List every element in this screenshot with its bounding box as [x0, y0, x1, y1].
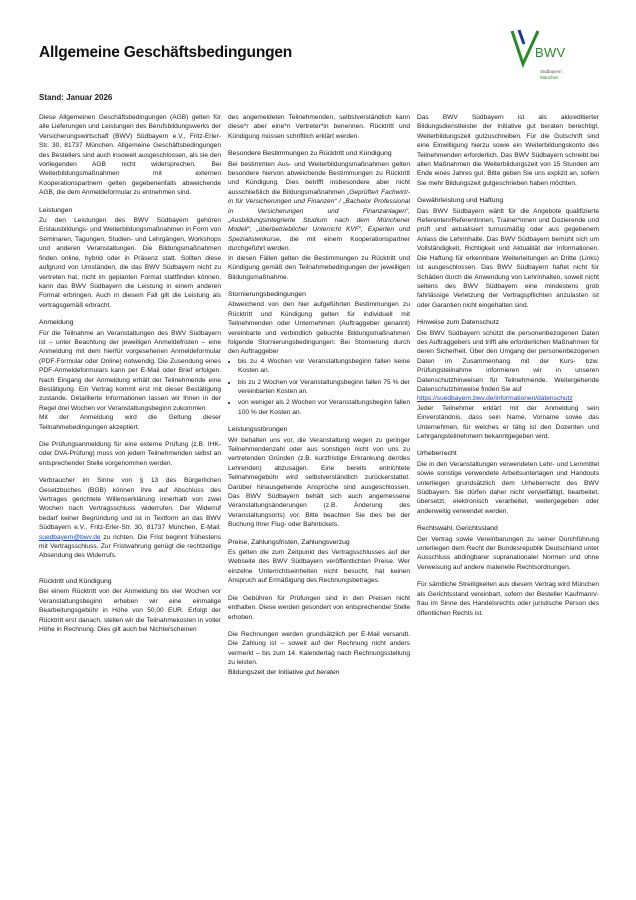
column-3: Das BWV Südbayern ist als akkreditierter… — [417, 113, 599, 677]
page-title: Allgemeine Geschäftsbedingungen — [39, 44, 292, 62]
urheberrecht-paragraph: Die in den Veranstaltungen verwendeten L… — [417, 460, 599, 516]
ruecktritt-paragraph: Bei einem Rücktritt von der Anmeldung bi… — [39, 587, 221, 634]
content-columns: Diese Allgemeinen Geschäftsbedingungen (… — [39, 113, 599, 677]
besondere-paragraph-2: In diesen Fällen gelten die Bestimmungen… — [228, 254, 410, 282]
anmeldung-paragraph: Für die Teilnahme an Veranstaltungen des… — [39, 329, 221, 414]
pruefung-paragraph: Die Prüfungsanmeldung für eine externe P… — [39, 440, 221, 468]
email-link[interactable]: suedbayern@bwv.de — [39, 534, 101, 541]
section-heading-rechtswahl: Rechtswahl, Gerichtsstand — [417, 524, 599, 533]
section-heading-datenschutz: Hinweise zum Datenschutz — [417, 318, 599, 327]
bwv-logo: BWV Südbayern München — [510, 28, 600, 98]
storno-list-item: von weniger als 2 Wochen vor Veranstaltu… — [238, 398, 410, 417]
storno-list-item: bis zu 2 Wochen vor Veranstaltungsbeginn… — [238, 378, 410, 397]
section-heading-leistungen: Leistungen — [39, 206, 221, 215]
besondere-paragraph: Bei bestimmten Aus- und Weiterbildungsma… — [228, 160, 410, 254]
gewaehrleistung-paragraph: Das BWV Südbayern wählt für die Angebote… — [417, 207, 599, 310]
storno-list: bis zu 4 Wochen vor Veranstaltungsbeginn… — [228, 357, 410, 417]
section-heading-urheberrecht: Urheberrecht — [417, 449, 599, 458]
bildungszeit-paragraph: Das BWV Südbayern ist als akkreditierter… — [417, 113, 599, 188]
rechtswahl-paragraph: Der Vertrag sowie Vereinbarungen zu sein… — [417, 535, 599, 573]
column-1: Diese Allgemeinen Geschäftsbedingungen (… — [39, 113, 221, 677]
gerichtsstand-paragraph: Für sämtliche Streitigkeiten aus diesem … — [417, 580, 599, 618]
datenschutz-paragraph: Die BWV Südbayern schützt die personenbe… — [417, 329, 599, 395]
ruecktritt-continued-paragraph: des angemeldeten Teilnehmenden, selbstve… — [228, 113, 410, 141]
section-heading-preise: Preise, Zahlungsfristen, Zahlungsverzug — [228, 538, 410, 547]
widerruf-paragraph: Verbraucher im Sinne von § 13 des Bürger… — [39, 476, 221, 561]
preise-paragraph: Es gelten die zum Zeitpunkt des Vertrags… — [228, 548, 410, 586]
column-2: des angemeldeten Teilnehmenden, selbstve… — [228, 113, 410, 677]
rechnung-paragraph: Die Rechnungen werden grundsätzlich per … — [228, 630, 410, 668]
section-heading-stoerungen: Leistungsstörungen — [228, 425, 410, 434]
section-heading-bildungszeit: Bildungszeit der Initiative gut beraten — [228, 668, 410, 677]
document-page: Allgemeine Geschäftsbedingungen Stand: J… — [0, 0, 636, 900]
datenschutz-link[interactable]: https://suedbayern.bwv.de/informationen/… — [417, 395, 573, 402]
logo-subtitle: Südbayern — [540, 69, 562, 74]
leistungen-paragraph: Zu den Leistungen des BWV Südbayern gehö… — [39, 216, 221, 310]
intro-paragraph: Diese Allgemeinen Geschäftsbedingungen (… — [39, 113, 221, 198]
gebuehren-paragraph: Die Gebühren für Prüfungen sind in den P… — [228, 594, 410, 622]
storno-list-item: bis zu 4 Wochen vor Veranstaltungsbeginn… — [238, 357, 410, 376]
logo-text: BWV — [535, 45, 566, 60]
document-date: Stand: Januar 2026 — [39, 93, 112, 102]
section-heading-ruecktritt: Rücktritt und Kündigung — [39, 577, 221, 586]
section-heading-gewaehrleistung: Gewährleistung und Haftung — [417, 196, 599, 205]
logo-subtitle-city: München — [540, 75, 559, 80]
datenschutz-paragraph-2: Jeder Teilnehmer erklärt mit der Anmeldu… — [417, 404, 599, 442]
section-heading-anmeldung: Anmeldung — [39, 318, 221, 327]
section-heading-storno: Stornierungsbedingungen — [228, 290, 410, 299]
storno-paragraph: Abweichend von den hier aufgeführten Bes… — [228, 300, 410, 356]
anmeldung-paragraph-2: Mit der Anmeldung wird die Geltung diese… — [39, 413, 221, 432]
stoerungen-paragraph: Wir behalten uns vor, die Veranstaltung … — [228, 436, 410, 530]
section-heading-besondere: Besondere Bestimmungen zu Rücktritt und … — [228, 149, 410, 158]
